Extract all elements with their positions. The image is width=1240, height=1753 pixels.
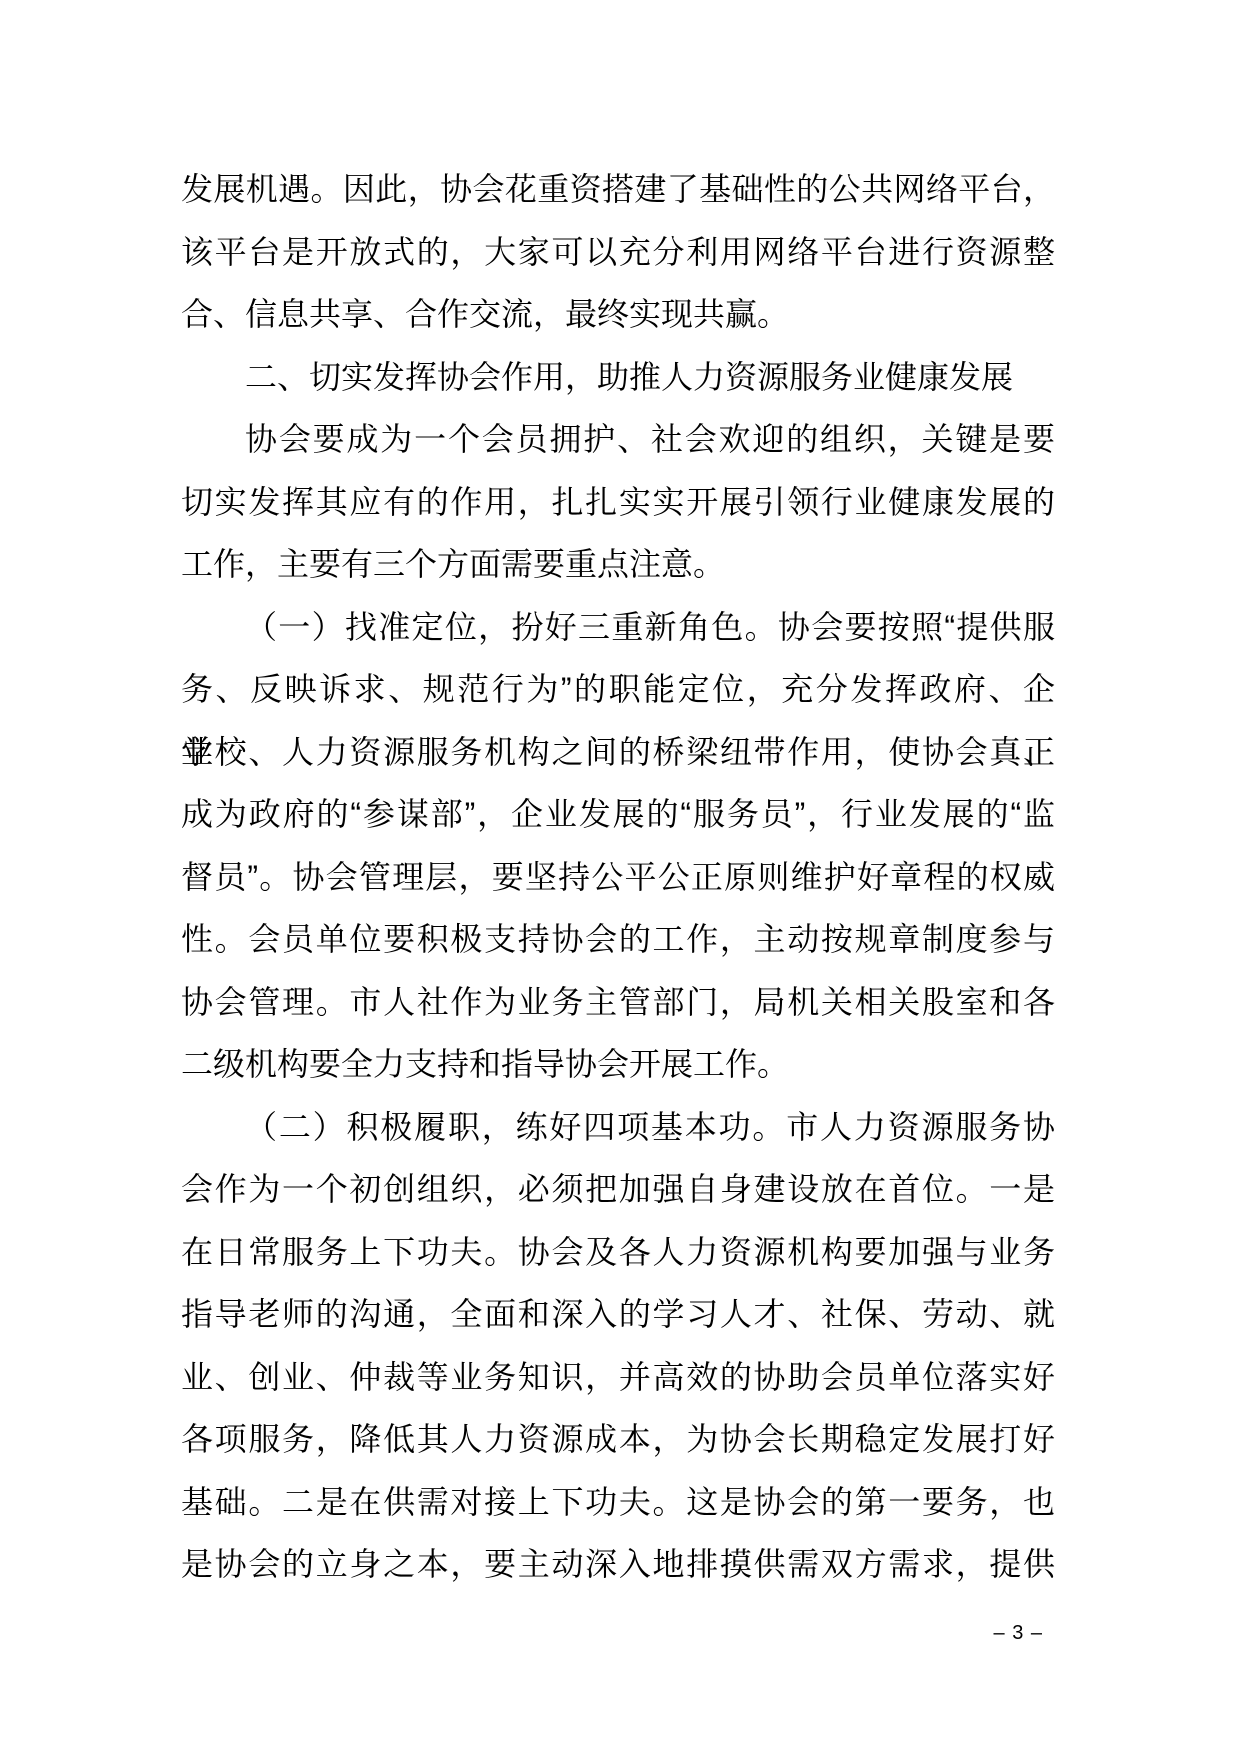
text-line: 务、反映诉求、规范行为”的职能定位，充分发挥政府、企业、 [181,658,1055,721]
text-line: 指导老师的沟通，全面和深入的学习人才、社保、劳动、就 [181,1283,1055,1346]
text-line: 成为政府的“参谋部”，企业发展的“服务员”，行业发展的“监 [181,783,1055,846]
text-line: 二级机构要全力支持和指导协会开展工作。 [181,1033,1055,1096]
text-line: 是协会的立身之本，要主动深入地排摸供需双方需求，提供 [181,1533,1055,1596]
text-line: 协会要成为一个会员拥护、社会欢迎的组织，关键是要 [181,408,1055,471]
text-line: 基础。二是在供需对接上下功夫。这是协会的第一要务，也 [181,1471,1055,1534]
text-line: 业、创业、仲裁等业务知识，并高效的协助会员单位落实好 [181,1346,1055,1409]
text-line: 合、信息共享、合作交流，最终实现共赢。 [181,283,1055,346]
text-line: 督员”。协会管理层，要坚持公平公正原则维护好章程的权威 [181,846,1055,909]
text-line: （二）积极履职，练好四项基本功。市人力资源服务协 [181,1096,1055,1159]
text-line: 工作，主要有三个方面需要重点注意。 [181,533,1055,596]
page-number: – 3 – [994,1620,1043,1646]
text-line: 该平台是开放式的，大家可以充分利用网络平台进行资源整 [181,221,1055,284]
document-body: 发展机遇。因此，协会花重资搭建了基础性的公共网络平台，该平台是开放式的，大家可以… [181,158,1055,1596]
text-line: 发展机遇。因此，协会花重资搭建了基础性的公共网络平台， [181,158,1055,221]
text-line: 切实发挥其应有的作用，扎扎实实开展引领行业健康发展的 [181,471,1055,534]
text-line: 二、切实发挥协会作用，助推人力资源服务业健康发展 [181,346,1055,409]
text-line: 性。会员单位要积极支持协会的工作，主动按规章制度参与 [181,908,1055,971]
document-page: 发展机遇。因此，协会花重资搭建了基础性的公共网络平台，该平台是开放式的，大家可以… [0,0,1240,1753]
text-line: 在日常服务上下功夫。协会及各人力资源机构要加强与业务 [181,1221,1055,1284]
text-line: 会作为一个初创组织，必须把加强自身建设放在首位。一是 [181,1158,1055,1221]
text-line: 学校、人力资源服务机构之间的桥梁纽带作用，使协会真正 [181,721,1055,784]
text-line: 协会管理。市人社作为业务主管部门，局机关相关股室和各 [181,971,1055,1034]
text-line: （一）找准定位，扮好三重新角色。协会要按照“提供服 [181,596,1055,659]
text-line: 各项服务，降低其人力资源成本，为协会长期稳定发展打好 [181,1408,1055,1471]
